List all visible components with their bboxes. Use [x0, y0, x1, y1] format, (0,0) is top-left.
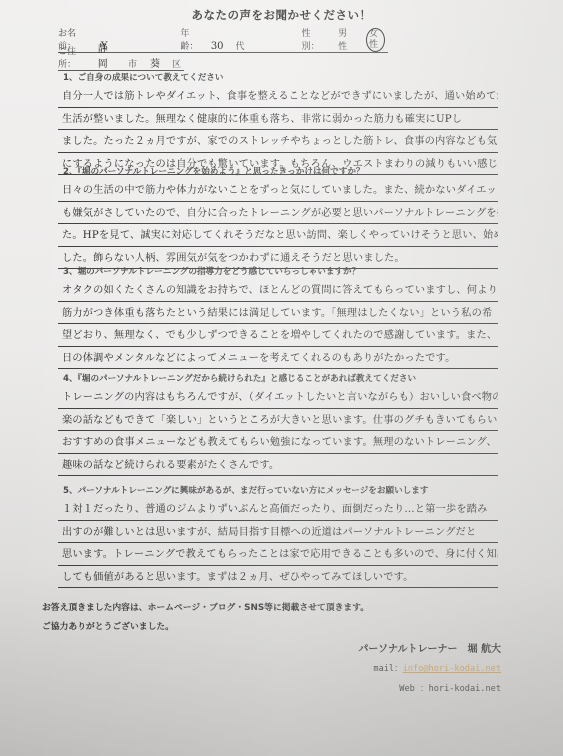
question-label: 5、パーソナルトレーニングに興味があるが、まだ行っていない方にメッセージをお願い… [63, 484, 498, 497]
answer-line: オタクの如くたくさんの知識をお持ちで、ほとんどの質問に答えてもらっていますし、何… [58, 279, 498, 302]
answer-line: おすすめの食事メニューなども教えてもらい勉強になっています。無理のないトレーニン… [58, 431, 498, 454]
question-1: 1、ご自身の成果について教えてください 自分一人では筋トレやダイエット、食事を整… [58, 71, 498, 175]
signature-block: パーソナルトレーナー 堀 航大 mail：info@hori-kodai.net… [358, 640, 501, 702]
answer-line: 趣味の話など続けられる要素がたくさんです。 [58, 454, 498, 477]
gender-option-female-circled: 女性 [366, 28, 385, 52]
question-4: 4、『堀のパーソナルトレーニングだから続けられた』と感じることがあれば教えてくだ… [58, 372, 498, 476]
question-label: 3、堀のパーソナルトレーニングの指導力をどう感じていらっしゃいますか？ [63, 265, 498, 278]
answer-line: しても価値があると思います。まずは２ヵ月、ぜひやってみてほしいです。 [58, 566, 498, 589]
answer-lines: 日々の生活の中で筋力や体力がないことをずっと気にしていました。また、続かないダイ… [58, 179, 498, 269]
footer-notice: お答え頂きました内容は、ホームページ・ブログ・SNS等に掲載させて頂きます。 ご… [42, 600, 369, 638]
web-row: Web ：hori-kodai.net [358, 682, 501, 702]
address-ward: 葵 [150, 55, 160, 70]
address-row: ご住所： 静岡 市 葵 区 [58, 56, 184, 71]
answer-line: トレーニングの内容はもちろんですが、（ダイエットしたいと言いながらも）おいしい食… [58, 386, 498, 409]
web-url: hori-kodai.net [429, 684, 501, 694]
address-label: ご住所： [58, 44, 91, 70]
answer-line: １対１だったり、普通のジムよりずいぶんと高価だったり、面倒だったり…と第一歩を踏… [58, 498, 498, 521]
answer-line: 思います。トレーニングで教えてもらったことは家で応用できることも多いので、身に付… [58, 543, 498, 566]
mail-label: mail： [373, 664, 402, 674]
age-value: 30 [211, 41, 224, 52]
mail-link[interactable]: info@hori-kodai.net [403, 664, 501, 674]
mail-row: mail：info@hori-kodai.net [358, 662, 501, 682]
form-title: あなたの声をお聞かせください！ [0, 7, 563, 23]
answer-lines: 自分一人では筋トレやダイエット、食事を整えることなどができずにいましたが、通い始… [58, 85, 498, 175]
answer-lines: トレーニングの内容はもちろんですが、（ダイエットしたいと言いながらも）おいしい食… [58, 386, 498, 476]
answer-line: ました。たった２ヵ月ですが、家でのストレッチやちょっとした筋トレ、食事の内容など… [58, 130, 498, 153]
answer-lines: １対１だったり、普通のジムよりずいぶんと高価だったり、面倒だったり…と第一歩を踏… [58, 498, 498, 588]
answer-lines: オタクの如くたくさんの知識をお持ちで、ほとんどの質問に答えてもらっていますし、何… [58, 279, 498, 369]
answer-line: 出すのが難しいとは思いますが、結局目指す目標への近道はパーソナルトレーニングだと [58, 521, 498, 544]
question-label: 2、『堀のパーソナルトレーニングを始めよう』と思ったきっかけは何ですか？ [63, 165, 498, 178]
answer-line: 楽の話などもできて「楽しい」というところが大きいと思います。仕事のグチもきいても… [58, 409, 498, 432]
answer-line: 筋力がつき体重も落ちたという結果には満足しています。「無理はしたくない」という私… [58, 302, 498, 325]
answer-line: 望どおり、無理なく、でも少しずつできることを増やしてくれたので感謝しています。ま… [58, 324, 498, 347]
answer-line: 自分一人では筋トレやダイエット、食事を整えることなどができずにいましたが、通い始… [58, 85, 498, 108]
trainer-name: パーソナルトレーナー 堀 航大 [358, 640, 501, 662]
question-3: 3、堀のパーソナルトレーニングの指導力をどう感じていらっしゃいますか？ オタクの… [58, 265, 498, 369]
gender-label: 性別： [302, 26, 321, 52]
question-label: 1、ご自身の成果について教えてください [63, 71, 498, 84]
answer-line: た。HPを見て、誠実に対応してくれそうだなと思い訪問、楽しくやっていけそうと思い… [58, 224, 498, 247]
question-label: 4、『堀のパーソナルトレーニングだから続けられた』と感じることがあれば教えてくだ… [63, 372, 498, 385]
answer-line: 生活が整いました。無理なく健康的に体重も落ち、非常に弱かった筋力も確実にUPし [58, 108, 498, 131]
address-city-label: 市 [128, 57, 137, 70]
question-5: 5、パーソナルトレーニングに興味があるが、まだ行っていない方にメッセージをお願い… [58, 484, 498, 588]
survey-form-page: あなたの声をお聞かせください！ お名前： Y 年齢： 30 代 性別： 男性 女… [0, 0, 563, 756]
answer-line: 日々の生活の中で筋力や体力がないことをずっと気にしていました。また、続かないダイ… [58, 179, 498, 202]
age-label: 年齢： [180, 26, 199, 52]
gender-option-male: 男性 [338, 26, 351, 52]
address-prefecture: 静岡 [98, 40, 116, 70]
web-label: Web ： [399, 684, 428, 694]
question-2: 2、『堀のパーソナルトレーニングを始めよう』と思ったきっかけは何ですか？ 日々の… [58, 165, 498, 269]
address-ward-label: 区 [172, 57, 181, 70]
publication-notice: お答え頂きました内容は、ホームページ・ブログ・SNS等に掲載させて頂きます。 [42, 600, 369, 619]
thanks-message: ご協力ありがとうございました。 [42, 619, 369, 638]
answer-line: も嫌気がさしていたので、自分に合ったトレーニングが必要と思いパーソナルトレーニン… [58, 202, 498, 225]
age-unit: 代 [236, 39, 279, 52]
answer-line: 日の体調やメンタルなどによってメニューを考えてくれるのもありがたかったです。 [58, 347, 498, 370]
